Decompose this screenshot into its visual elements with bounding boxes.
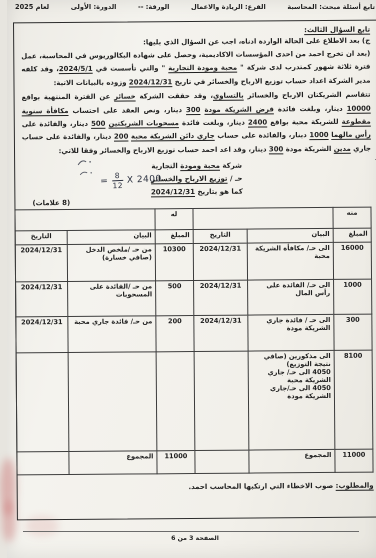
debit-date xyxy=(187,351,242,450)
debit-description-header: البيان xyxy=(240,229,326,244)
account-date: كما هو بتاريخ 2024/12/31 xyxy=(15,185,364,201)
account-titles-block: شركة محبة ومودة التجارية حـ / توزيع الار… xyxy=(15,159,364,209)
credit-date: 2024/12/31 xyxy=(9,282,61,317)
credit-date: 2024/12/31 xyxy=(8,245,60,282)
header-subject: تابع أسئلة مبحث: المحاسبة xyxy=(280,3,368,11)
table-row: 8100 الى مذكورين (صافي نتيجة التوزيع) 40… xyxy=(9,350,366,452)
credit-total-date xyxy=(10,452,62,475)
credit-total: 11000 xyxy=(150,451,188,474)
debit-date: 2024/12/31 xyxy=(187,315,241,351)
data-paragraph: تتقاسم الشريكتان الارباح والخسائر بالتسا… xyxy=(15,89,365,159)
debit-description: الى مذكورين (صافي نتيجة التوزيع) 4050 ال… xyxy=(241,351,328,451)
formula-fraction: 8 12 xyxy=(105,172,116,190)
formula-multiplier: X 2400 xyxy=(120,174,155,185)
debit-amount-header: المبلغ xyxy=(326,228,364,242)
credit-description xyxy=(61,352,150,452)
required-line: والمطلوب: صوب الاخطاء التي ارتكبها المحا… xyxy=(18,482,367,493)
table-row: 16000 الى حـ/ مكافأة الشريكة محبة 2024/1… xyxy=(8,242,364,282)
credit-description: من حـ/ فائدة جاري محبة xyxy=(61,316,149,353)
handwritten-formula: = 8 12 X 2400 xyxy=(93,170,155,190)
table-row: 1000 الى حـ/ الفائدة على رأس المال 2024/… xyxy=(9,279,365,317)
credit-side-label: له xyxy=(148,209,186,230)
table-row: 300 الى حـ / فائدة جاري الشريكة مودة 202… xyxy=(9,314,365,353)
debit-description: الى حـ/ مكافأة الشريكة محبة xyxy=(240,243,326,281)
debit-description: الى حـ / فائدة جاري الشريكة مودة xyxy=(241,315,327,352)
page-number: الصفحة 3 من 6 xyxy=(0,535,376,542)
credit-description: من حـ /الفائدة على المسحوبات xyxy=(61,281,149,317)
question-box: تابع السؤال الثالث: ج) بعد الاطلاع على ا… xyxy=(6,20,375,521)
exam-header: تابع أسئلة مبحث: المحاسبة الفرع: الريادة… xyxy=(8,3,368,11)
credit-date xyxy=(9,353,62,452)
debit-total-label: المجموع xyxy=(242,450,328,474)
debit-date: 2024/12/31 xyxy=(187,280,241,315)
question-instruction: ج) بعد الاطلاع على الحالة الواردة ادناه،… xyxy=(14,37,363,48)
debit-side-spacer xyxy=(186,208,326,230)
credit-amount-header: المبلغ xyxy=(148,230,186,244)
fraction-denominator: 12 xyxy=(105,180,116,190)
header-year: لعام 2025 xyxy=(8,3,42,11)
credit-amount: 10300 xyxy=(148,244,186,281)
header-branch: الفرع: الريادة والاعمال xyxy=(184,3,259,11)
debit-amount: 1000 xyxy=(327,279,365,314)
header-paper: الورقة: -- xyxy=(131,3,162,11)
pen-scribble-mark xyxy=(67,158,97,180)
credit-total-label: المجموع xyxy=(62,451,150,475)
question-continue-title: تابع السؤال الثالث: xyxy=(14,26,363,37)
credit-description: من حـ /ملخص الدخل (صافي خسارة) xyxy=(60,244,148,282)
required-text: صوب الاخطاء التي ارتكبها المحاسب احمد. xyxy=(181,482,328,491)
credit-side-spacer xyxy=(8,209,148,231)
debit-date-header: التاريخ xyxy=(186,229,240,243)
scanned-exam-page: تابع أسئلة مبحث: المحاسبة الفرع: الريادة… xyxy=(0,0,376,558)
debit-description: الى حـ/ الفائدة على رأس المال xyxy=(241,280,327,316)
required-label: والمطلوب: xyxy=(329,482,367,490)
header-session: الدورة: الأولى xyxy=(64,3,110,11)
debit-total-date xyxy=(188,450,242,473)
case-paragraph: (بعد ان تخرج احمد من احدى المؤسسات الاكا… xyxy=(14,48,363,91)
debit-amount: 8100 xyxy=(327,350,366,449)
debit-date: 2024/12/31 xyxy=(186,243,240,280)
credit-amount: 500 xyxy=(149,281,187,316)
credit-date-header: التاريخ xyxy=(8,231,60,245)
credit-amount: 200 xyxy=(149,316,187,352)
credit-description-header: البيان xyxy=(60,230,148,245)
debit-amount: 16000 xyxy=(326,242,364,279)
debit-total: 11000 xyxy=(328,449,366,472)
credit-amount xyxy=(149,352,188,451)
marks-note: (8 علامات) xyxy=(25,199,63,207)
credit-date: 2024/12/31 xyxy=(9,317,61,353)
page-footer-line xyxy=(16,531,352,532)
debit-amount: 300 xyxy=(327,314,365,350)
totals-row: 11000 المجموع 11000 المجموع xyxy=(10,449,366,475)
t-account-table: منه له المبلغ البيان التاريخ المبلغ البي… xyxy=(7,207,366,476)
red-ink-smudge xyxy=(0,458,9,516)
debit-side-label: منه xyxy=(326,207,364,228)
